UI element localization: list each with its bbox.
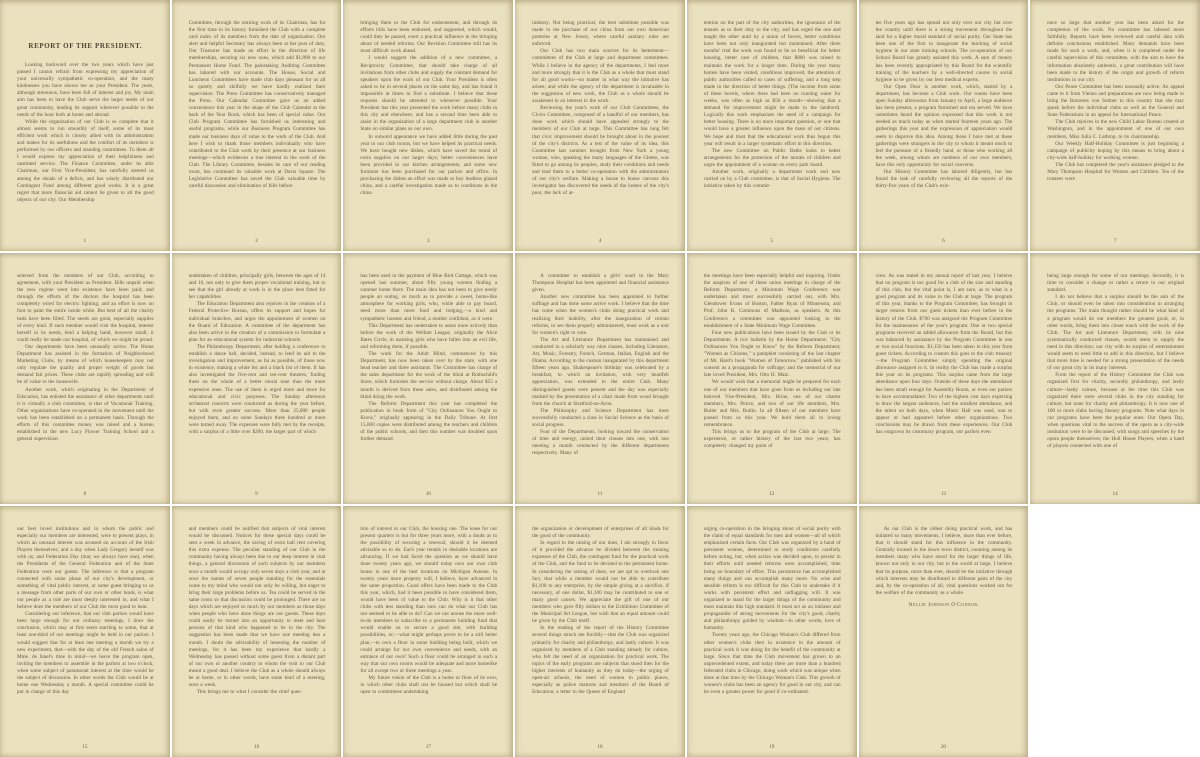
paragraph: In the reading of the report of the Hist… bbox=[532, 625, 669, 696]
report-page: As our Club is the oldest doing practica… bbox=[859, 506, 1029, 757]
paragraph: Our departments have been unusually acti… bbox=[17, 344, 154, 387]
paragraph: In outward appearance we have added litt… bbox=[360, 134, 497, 198]
page-number: 1 bbox=[0, 238, 170, 244]
paragraph: Committee, through the untiring work of … bbox=[189, 20, 326, 190]
paragraph: This Department has undertaken to assist… bbox=[360, 323, 497, 351]
page-number: 17 bbox=[343, 744, 513, 750]
paragraph: The Philanthropy Department, after holdi… bbox=[189, 344, 326, 436]
page-text: the meetings have been especially helpfu… bbox=[704, 273, 841, 450]
paragraph: Another work, originally a department wo… bbox=[704, 169, 841, 190]
paragraph: The Education Department also rejoices i… bbox=[189, 301, 326, 344]
page-text: selected from the members of our Club, a… bbox=[17, 273, 154, 443]
paragraph: Reviewing the year's work of our Club Co… bbox=[532, 105, 669, 197]
paragraph: Our Open Door is another work, which, st… bbox=[876, 84, 1013, 169]
page-number: 14 bbox=[1030, 491, 1200, 497]
paragraph: industry. Not being practical, the best … bbox=[532, 20, 669, 48]
paragraph: the organization or development of enter… bbox=[532, 526, 669, 540]
page-number: 13 bbox=[859, 491, 1029, 497]
paragraph: and members could be notified that subje… bbox=[189, 526, 326, 689]
report-page: tee five years ago has spread not only o… bbox=[859, 0, 1029, 251]
report-page: ence so large that another year has been… bbox=[1030, 0, 1200, 251]
page-text: tention on the part of the city authorit… bbox=[704, 20, 841, 190]
report-page: tion of interest to our Club, the housin… bbox=[343, 506, 513, 757]
report-page: view. As was stated in my annual report … bbox=[859, 253, 1029, 504]
page-number: 11 bbox=[515, 491, 685, 497]
page-number: 2 bbox=[172, 238, 342, 244]
report-title: REPORT OF THE PRESIDENT. bbox=[17, 42, 154, 50]
page-text: and members could be notified that subje… bbox=[189, 526, 326, 696]
page-text: tee five years ago has spread not only o… bbox=[876, 20, 1013, 190]
paragraph: We would wish that a memorial might be p… bbox=[704, 379, 841, 429]
report-page: selected from the members of our Club, a… bbox=[0, 253, 170, 504]
page-text: ence so large that another year has been… bbox=[1047, 20, 1184, 183]
report-page: the organization or development of enter… bbox=[515, 506, 685, 757]
report-page: and members could be notified that subje… bbox=[172, 506, 342, 757]
paragraph: Considering our inference, that our club… bbox=[17, 611, 154, 696]
paragraph: has been used in the payment of Blue Bir… bbox=[360, 273, 497, 323]
paragraph: My future vision of the Club is a home o… bbox=[360, 675, 497, 696]
page-text: undertaken of children, principally girl… bbox=[189, 273, 326, 436]
page-number: 10 bbox=[343, 491, 513, 497]
report-page: industry. Not being practical, the best … bbox=[515, 0, 685, 251]
page-text: has been used in the payment of Blue Bir… bbox=[360, 273, 497, 443]
paragraph: tention on the part of the city authorit… bbox=[704, 20, 841, 148]
paragraph: our best loved institutions and in whom … bbox=[17, 526, 154, 611]
paragraph: Our History Committee has labored dilige… bbox=[876, 169, 1013, 190]
paragraph: selected from the members of our Club, a… bbox=[17, 273, 154, 344]
page-number: 16 bbox=[172, 744, 342, 750]
page-text: bringing them to the Club for endorsemen… bbox=[360, 20, 497, 197]
paragraph: As our Club is the oldest doing practica… bbox=[876, 526, 1013, 597]
report-page: REPORT OF THE PRESIDENT. Looking backwar… bbox=[0, 0, 170, 251]
paragraph: urging co-operation in the bringing abou… bbox=[704, 526, 841, 632]
page-text: the organization or development of enter… bbox=[532, 526, 669, 696]
report-page: our best loved institutions and in whom … bbox=[0, 506, 170, 757]
page-number: 15 bbox=[0, 744, 170, 750]
report-page: bringing them to the Club for endorsemen… bbox=[343, 0, 513, 251]
page-number: 9 bbox=[172, 491, 342, 497]
paragraph: The Philosophy and Science Department ha… bbox=[532, 408, 669, 429]
page-text: tion of interest to our Club, the housin… bbox=[360, 526, 497, 696]
paragraph: The Reform Department this year has comp… bbox=[360, 401, 497, 444]
page-text: As our Club is the oldest doing practica… bbox=[876, 526, 1013, 597]
paragraph: Four of the Departments, looking toward … bbox=[532, 429, 669, 457]
page-number: 19 bbox=[687, 744, 857, 750]
paragraph: Our Weekly Half-Holiday Committee is jus… bbox=[1047, 141, 1184, 162]
page-number: 8 bbox=[0, 491, 170, 497]
page-number: 5 bbox=[687, 238, 857, 244]
signature: Nellie Johnson O'Connor. bbox=[876, 602, 1013, 608]
report-page: tention on the part of the city authorit… bbox=[687, 0, 857, 251]
paragraph: I do not believe that a surplus should b… bbox=[1047, 294, 1184, 372]
paragraph: ence so large that another year has been… bbox=[1047, 20, 1184, 84]
scanned-report-page-grid: REPORT OF THE PRESIDENT. Looking backwar… bbox=[0, 0, 1200, 757]
page-number: 3 bbox=[343, 238, 513, 244]
paragraph: In regard to the raising of our dues, I … bbox=[532, 540, 669, 625]
paragraph: Four new publications have been issued b… bbox=[704, 330, 841, 380]
page-number: 20 bbox=[859, 744, 1029, 750]
report-page: A committee to establish a girls' ward i… bbox=[515, 253, 685, 504]
report-page: undertaken of children, principally girl… bbox=[172, 253, 342, 504]
paragraph: The Art and Literature Department has ma… bbox=[532, 337, 669, 408]
page-text: A committee to establish a girls' ward i… bbox=[532, 273, 669, 457]
paragraph: This brings me to what I consider the ch… bbox=[189, 689, 326, 696]
report-page: being large enough for some of our meeti… bbox=[1030, 253, 1200, 504]
blank-area bbox=[1030, 506, 1200, 757]
paragraph: Our Club has two main sources for its be… bbox=[532, 48, 669, 105]
page-text: Committee, through the untiring work of … bbox=[189, 20, 326, 190]
paragraph: While the organization of our Club is so… bbox=[17, 119, 154, 204]
page-text: being large enough for some of our meeti… bbox=[1047, 273, 1184, 450]
paragraph: undertaken of children, principally girl… bbox=[189, 273, 326, 301]
paragraph: being large enough for some of our meeti… bbox=[1047, 273, 1184, 294]
paragraph: This brings us to the program of the Clu… bbox=[704, 429, 841, 450]
page-number: 4 bbox=[515, 238, 685, 244]
page-number: 7 bbox=[1030, 238, 1200, 244]
paragraph: From the report of the History Committee… bbox=[1047, 372, 1184, 450]
paragraph: bringing them to the Club for endorsemen… bbox=[360, 20, 497, 55]
paragraph: The new Committee on Public Baths looks … bbox=[704, 148, 841, 169]
paragraph: Twenty years ago, the Chicago Woman's Cl… bbox=[704, 632, 841, 696]
report-page: urging co-operation in the bringing abou… bbox=[687, 506, 857, 757]
paragraph: The work for the Adult Blind, commenced … bbox=[360, 351, 497, 401]
report-page: the meetings have been especially helpfu… bbox=[687, 253, 857, 504]
page-number: 18 bbox=[515, 744, 685, 750]
paragraph: Another new committee has been appointed… bbox=[532, 294, 669, 337]
page-text: urging co-operation in the bringing abou… bbox=[704, 526, 841, 696]
paragraph: Our Peace Committee has been unusually a… bbox=[1047, 84, 1184, 119]
paragraph: the meetings have been especially helpfu… bbox=[704, 273, 841, 330]
page-number: 12 bbox=[687, 491, 857, 497]
paragraph: tion of interest to our Club, the housin… bbox=[360, 526, 497, 675]
paragraph: view. As was stated in my annual report … bbox=[876, 273, 1013, 436]
report-page: has been used in the payment of Blue Bir… bbox=[343, 253, 513, 504]
paragraph: tee five years ago has spread not only o… bbox=[876, 20, 1013, 84]
paragraph: The Club has completed the year's assist… bbox=[1047, 162, 1184, 183]
page-number: 6 bbox=[859, 238, 1029, 244]
paragraph: Another work, which originating in the D… bbox=[17, 387, 154, 444]
page-text: industry. Not being practical, the best … bbox=[532, 20, 669, 197]
paragraph: Looking backward over the two years whic… bbox=[17, 62, 154, 119]
report-page: Committee, through the untiring work of … bbox=[172, 0, 342, 251]
page-text: Looking backward over the two years whic… bbox=[17, 62, 154, 204]
paragraph: A committee to establish a girls' ward i… bbox=[532, 273, 669, 294]
paragraph: The Club rejoices in the new Child Labor… bbox=[1047, 119, 1184, 140]
page-text: view. As was stated in my annual report … bbox=[876, 273, 1013, 436]
page-text: our best loved institutions and in whom … bbox=[17, 526, 154, 696]
paragraph: I would suggest the addition of a new co… bbox=[360, 55, 497, 133]
